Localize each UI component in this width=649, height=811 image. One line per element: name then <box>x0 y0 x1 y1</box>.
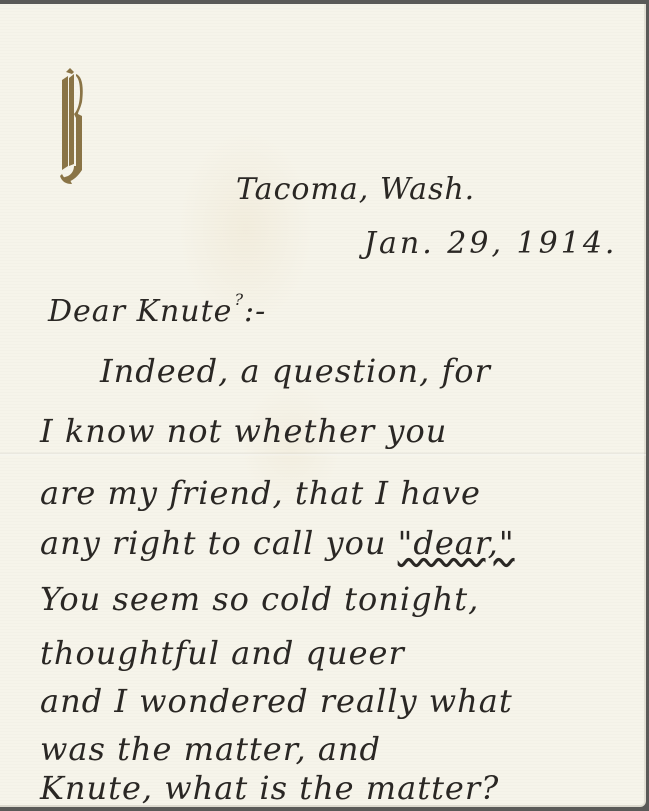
body-line-3: are my friend, that I have <box>40 474 481 512</box>
body-line-7: and I wondered really what <box>40 682 513 720</box>
paper-fold-crease <box>0 452 646 456</box>
body-line-1: Indeed, a question, for <box>100 352 491 390</box>
underlined-word: "dear," <box>398 524 515 562</box>
body-line-9: Knute, what is the matter? <box>40 769 499 807</box>
body-line-4-text: any right to call you <box>40 524 386 562</box>
letter-date: Jan. 29, 1914. <box>364 226 617 261</box>
salutation-mark: ? <box>234 290 244 309</box>
letter-page: Tacoma, Wash. Jan. 29, 1914. Dear Knute?… <box>0 4 646 807</box>
letter-place: Tacoma, Wash. <box>236 172 475 207</box>
body-line-5: You seem so cold tonight, <box>40 580 479 618</box>
body-line-2: I know not whether you <box>40 412 447 450</box>
salutation-punctuation: :- <box>244 294 266 329</box>
body-line-6: thoughtful and queer <box>40 634 405 672</box>
salutation-text: Dear Knute <box>48 294 232 329</box>
body-line-4: any right to call you "dear," <box>40 524 515 562</box>
body-line-8: was the matter, and <box>40 730 381 768</box>
monogram-letterhead-icon <box>52 66 92 186</box>
letter-salutation: Dear Knute?:- <box>48 290 266 329</box>
